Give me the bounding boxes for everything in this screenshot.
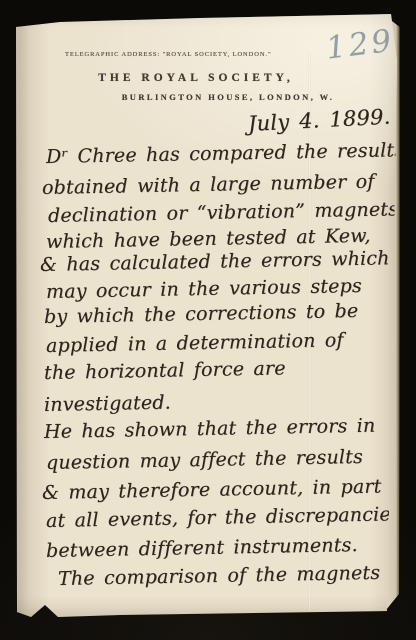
letter-line: Dʳ Chree has compared the results — [46, 139, 405, 168]
letter-line: He has shown that the errors in — [44, 415, 376, 443]
letter-line: at all events, for the discrepancies — [46, 503, 401, 532]
letter-photograph: TELEGRAPHIC ADDRESS: "ROYAL SOCIETY, LON… — [0, 0, 416, 640]
letterhead-address: BURLINGTON HOUSE, LONDON, W. — [108, 92, 348, 102]
letter-date: July 4. 1899. — [247, 105, 391, 136]
letter-line: declination or “vibration” magnets — [48, 198, 399, 227]
letter-line: obtained with a large number of — [42, 171, 375, 199]
letter-line: applied in a determination of — [46, 329, 344, 357]
letter-line: between different instruments. — [46, 534, 358, 562]
letterhead-title: THE ROYAL SOCIETY, — [76, 72, 316, 84]
letter-line: question may affect the results — [46, 446, 363, 474]
letter-line: the horizontal force are — [44, 357, 286, 384]
letter-line: & may therefore account, in part — — [42, 475, 410, 504]
letterhead-telegraphic-address: TELEGRAPHIC ADDRESS: "ROYAL SOCIETY, LON… — [65, 51, 272, 58]
letter-paper: TELEGRAPHIC ADDRESS: "ROYAL SOCIETY, LON… — [16, 13, 399, 619]
letter-line: The comparison of the magnets — [58, 562, 381, 590]
letter-line: may occur in the various steps — [46, 275, 362, 303]
letter-line: investigated. — [44, 392, 171, 416]
letter-line: by which the corrections to be — [44, 300, 359, 328]
